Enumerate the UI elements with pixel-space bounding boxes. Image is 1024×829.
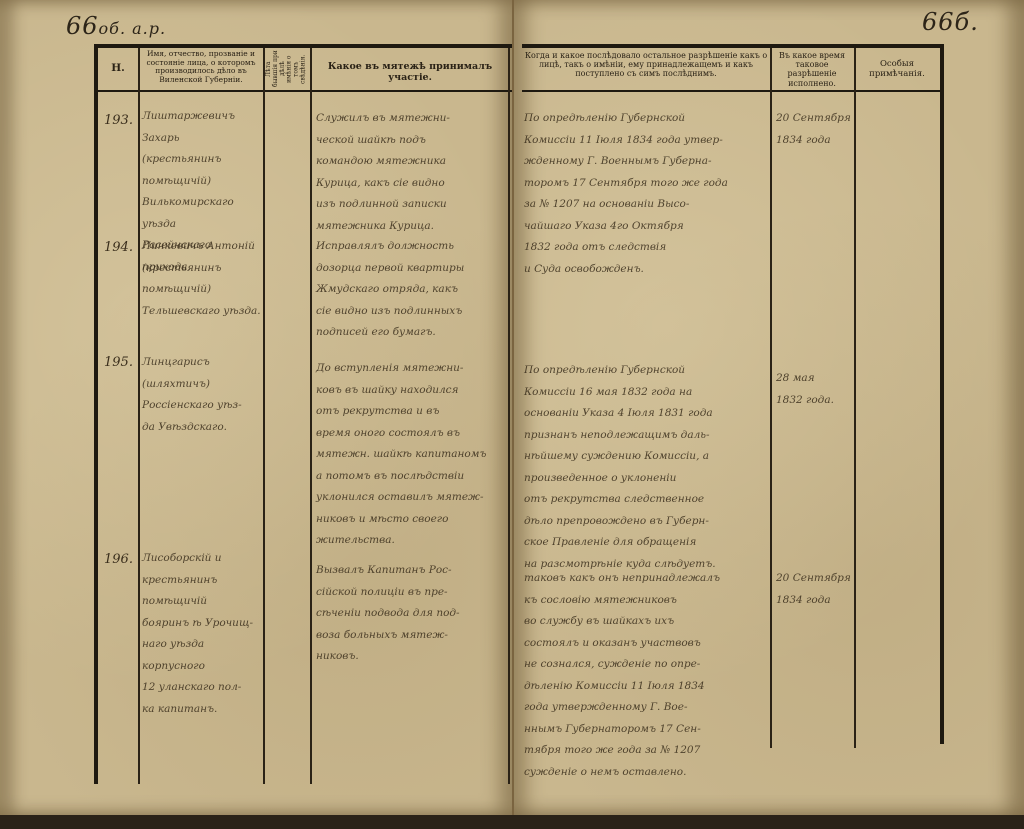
- entry-number: 196.: [104, 552, 133, 567]
- column-divider: [263, 48, 265, 784]
- header-bottom-rule: [522, 90, 942, 92]
- header-resolution: Когда и какое послѣдовало остальное разр…: [524, 51, 768, 79]
- entry-resolution: таковъ какъ онъ непринадлежалъ къ сослов…: [524, 568, 768, 783]
- entry-executed-date: 20 Сентября 1834 года: [776, 108, 854, 151]
- entry-name: Лисоборскій и крестьянинъ помѣщичій бояр…: [142, 548, 262, 720]
- folio-mark: об. а.р.: [99, 19, 167, 38]
- entry-participation: До вступленія мятежни- ковъ въ шайку нах…: [316, 358, 506, 552]
- header-name: Имя, отчество, прозваніе и состояніе лиц…: [141, 50, 261, 85]
- right-page: 66б. Когда и какое послѣдовало остальное…: [514, 0, 1024, 815]
- column-divider: [508, 48, 510, 784]
- right-folio-number: 66б.: [922, 8, 979, 36]
- entry-participation: Вызвалъ Капитанъ Рос- сійской полиціи въ…: [316, 560, 506, 668]
- entry-name: Линкевичъ Антоній (крестьянинъ помѣщичій…: [142, 236, 262, 322]
- header-bottom-rule: [96, 90, 512, 92]
- header-age: Лѣта бывшія при дѣлѣ имѣнія о томъ свѣдѣ…: [266, 50, 308, 88]
- entry-name: Линцгарисъ (шляхтичъ) Россіенскаго уѣз- …: [142, 352, 262, 438]
- column-divider: [770, 48, 772, 748]
- entry-resolution: По опредѣленію Губернской Комиссіи 11 Ію…: [524, 108, 768, 280]
- header-number: Н.: [100, 62, 136, 74]
- entry-number: 193.: [104, 113, 133, 128]
- header-executed: Въ какое время таковое разрѣшеніе исполн…: [772, 51, 852, 88]
- right-border-line: [940, 44, 944, 744]
- header-top-rule: [522, 44, 942, 48]
- left-folio-number: 66об. а.р.: [66, 12, 166, 40]
- entry-number: 194.: [104, 240, 133, 255]
- entry-participation: Служилъ въ мятежни- ческой шайкѣ подъ ко…: [316, 108, 506, 237]
- column-divider: [310, 48, 312, 784]
- entry-executed-date: 20 Сентября 1834 года: [776, 568, 854, 611]
- header-notes: Особыя примѣчанія.: [856, 60, 938, 80]
- entry-number: 195.: [104, 355, 133, 370]
- column-divider: [138, 48, 140, 784]
- left-page: 66об. а.р. Н. Имя, отчество, прозваніе и…: [0, 0, 514, 815]
- folio-number: 66: [66, 12, 99, 40]
- header-participation: Какое въ мятежѣ принималъ участіе.: [314, 62, 506, 84]
- left-border-line: [94, 44, 98, 784]
- entry-executed-date: 28 мая 1832 года.: [776, 368, 854, 411]
- entry-participation: Исправлялъ должность дозорца первой квар…: [316, 236, 506, 344]
- entry-resolution: По опредѣленію Губернской Комиссіи 16 ма…: [524, 360, 768, 575]
- header-top-rule: [96, 44, 512, 48]
- column-divider: [854, 48, 856, 748]
